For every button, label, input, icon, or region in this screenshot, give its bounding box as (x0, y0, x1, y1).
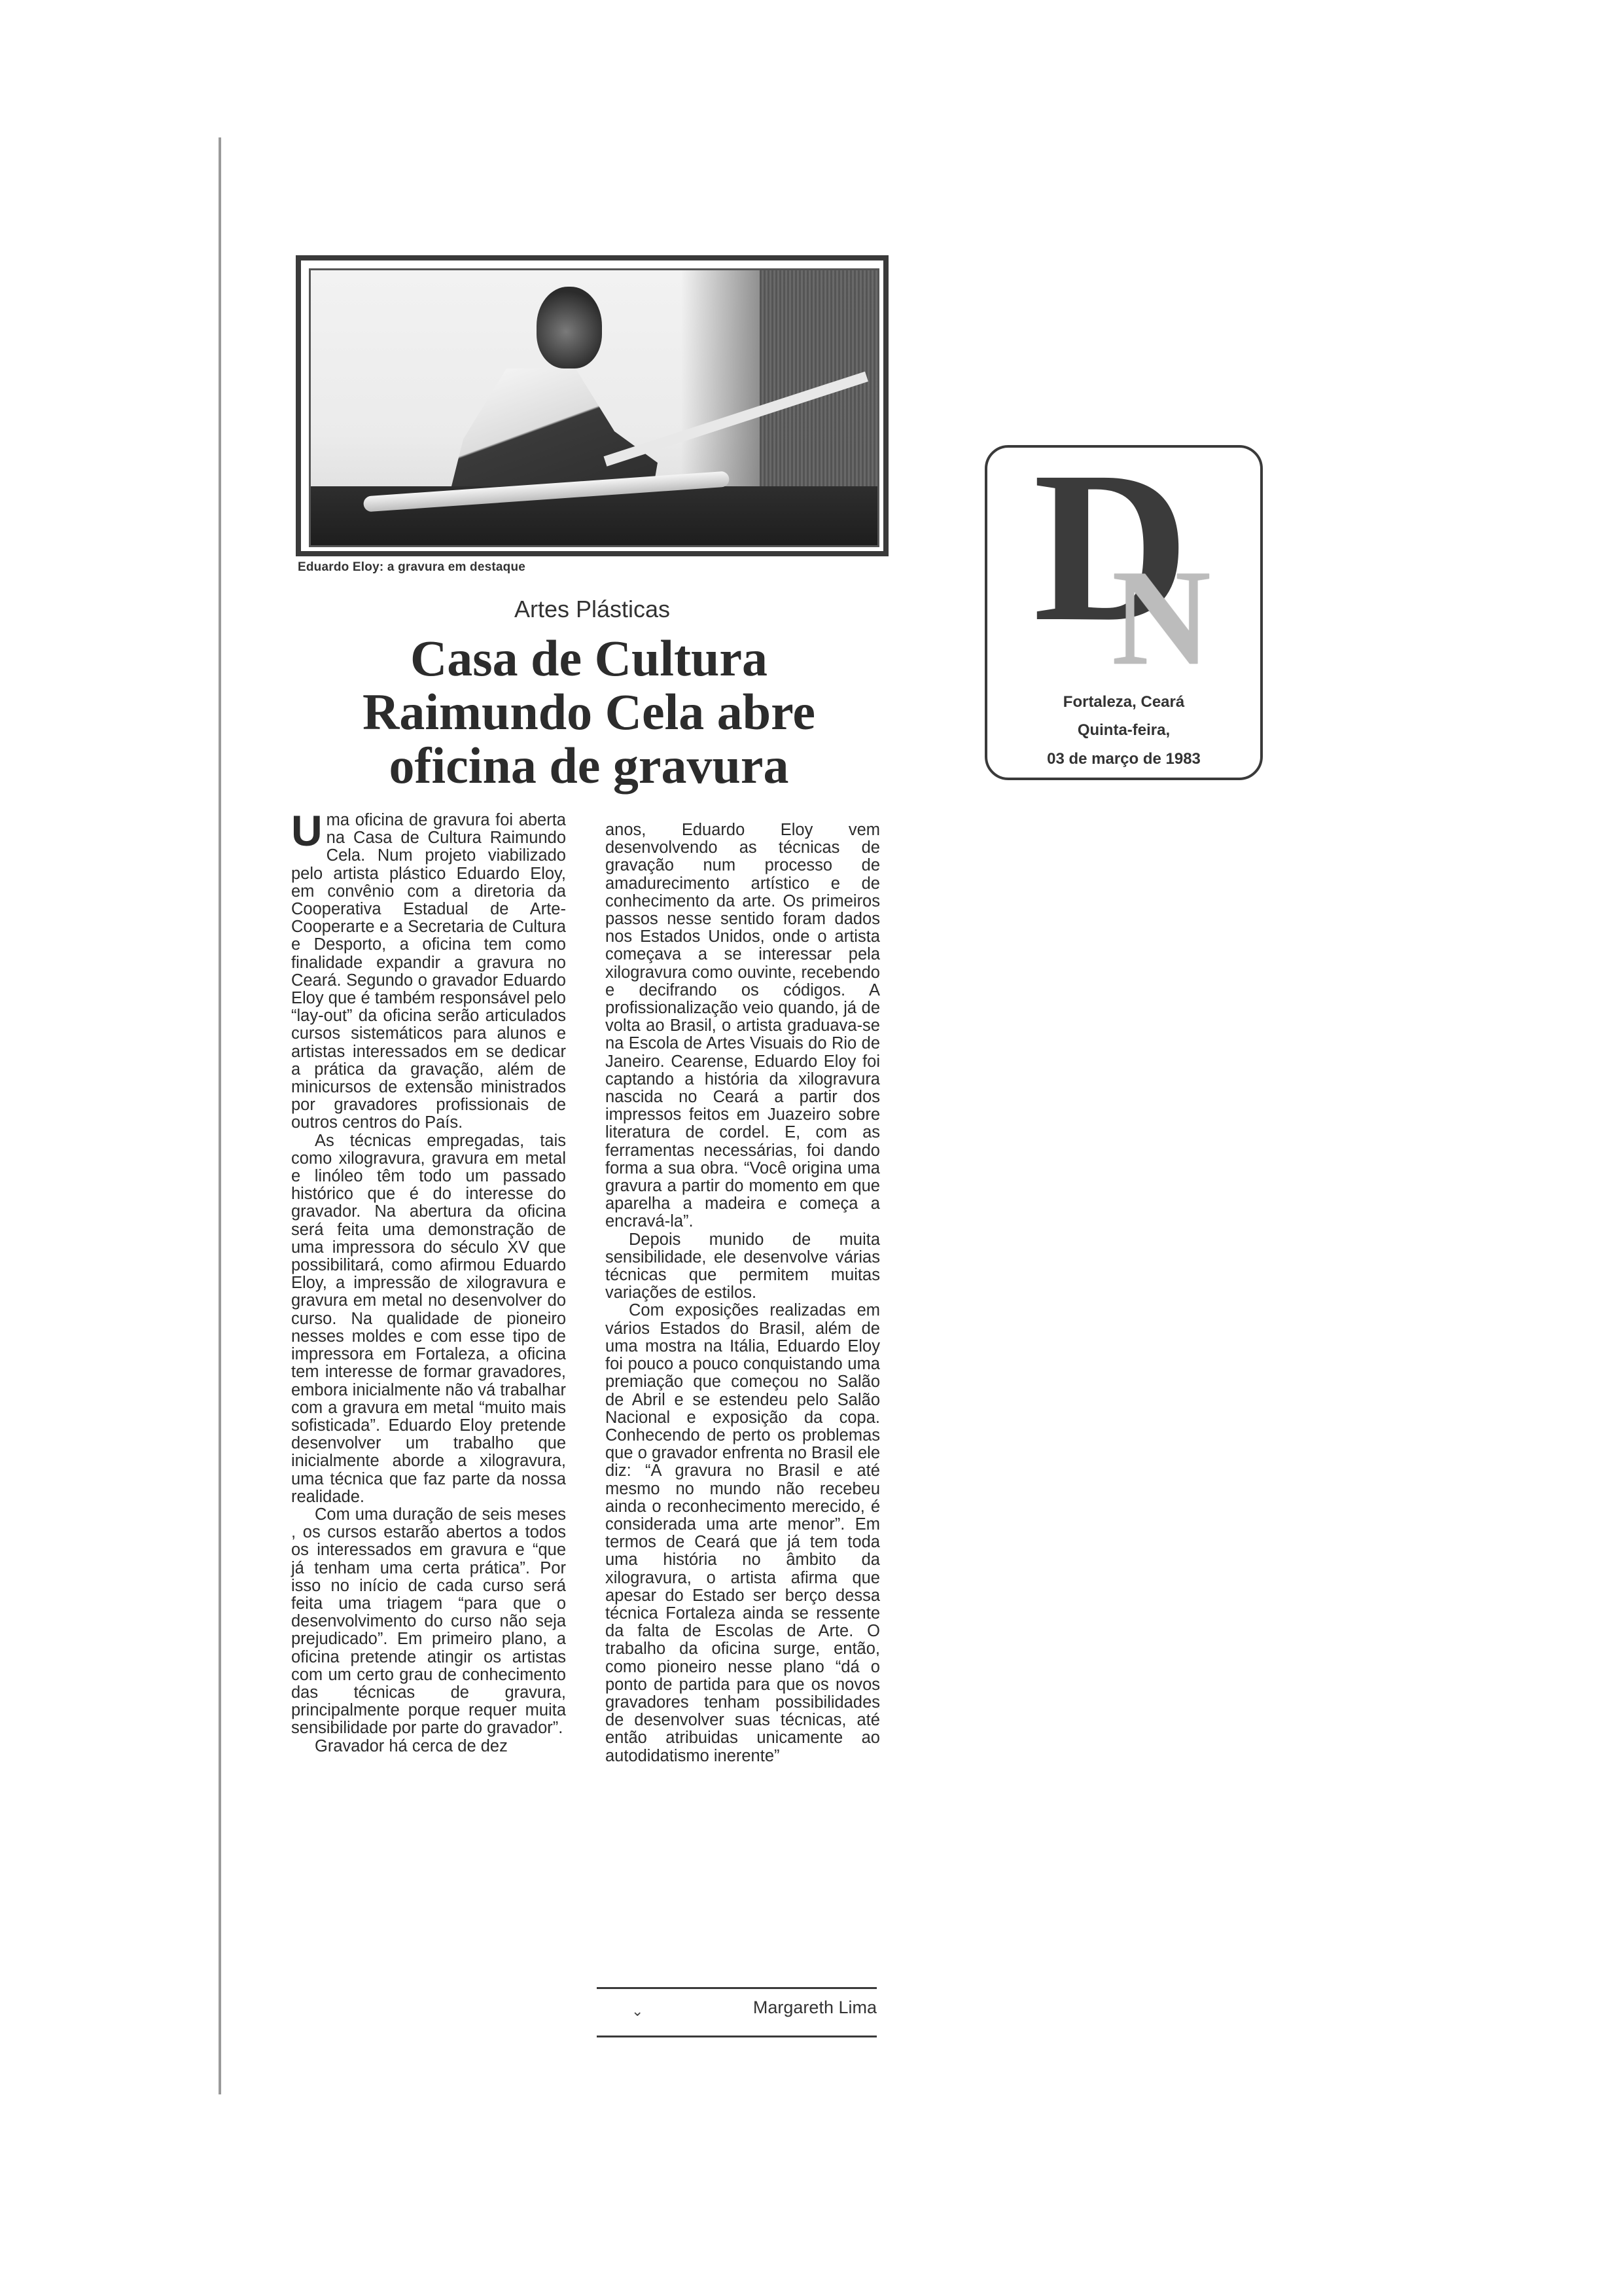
drop-cap: U (291, 813, 323, 848)
paragraph: Depois munido de muita sensibilidade, el… (605, 1231, 880, 1302)
masthead-weekday: Quinta-feira, (987, 721, 1260, 740)
masthead-city: Fortaleza, Ceará (987, 693, 1260, 711)
headline-line-3: oficina de gravura (281, 739, 896, 793)
article-photo (296, 255, 889, 556)
photo-person-head (537, 287, 602, 368)
photo-caption: Eduardo Eloy: a gravura em destaque (298, 560, 525, 575)
paragraph: Gravador há cerca de dez (291, 1738, 566, 1755)
paragraph: Com uma duração de seis meses , os curso… (291, 1506, 566, 1738)
paragraph: Com exposições realizadas em vários Esta… (605, 1302, 880, 1765)
page-margin-line (219, 137, 221, 2094)
byline-rule-top (597, 1987, 877, 1989)
byline-mark-icon: ⌄ (631, 2003, 643, 2020)
paragraph: anos, Eduardo Eloy vem desenvolvendo as … (605, 821, 880, 1231)
paragraph: ma oficina de gravura foi aberta na Casa… (291, 812, 566, 1132)
headline: Casa de Cultura Raimundo Cela abre ofici… (281, 632, 896, 793)
paragraph: As técnicas empregadas, tais como xilogr… (291, 1132, 566, 1506)
article-column-right: anos, Eduardo Eloy vem desenvolvendo as … (605, 821, 880, 1765)
headline-line-2: Raimundo Cela abre (281, 685, 896, 739)
byline-rule-bottom (597, 2036, 877, 2037)
byline: Margareth Lima (720, 1998, 877, 2018)
dn-logo-n: N (1112, 562, 1211, 673)
article-column-left: U ma oficina de gravura foi aberta na Ca… (291, 812, 566, 1755)
masthead-date: 03 de março de 1983 (987, 750, 1260, 768)
headline-line-1: Casa de Cultura (281, 632, 896, 685)
newspaper-masthead-box: D N Fortaleza, Ceará Quinta-feira, 03 de… (985, 445, 1263, 780)
photo-engraver-at-press (309, 268, 879, 547)
